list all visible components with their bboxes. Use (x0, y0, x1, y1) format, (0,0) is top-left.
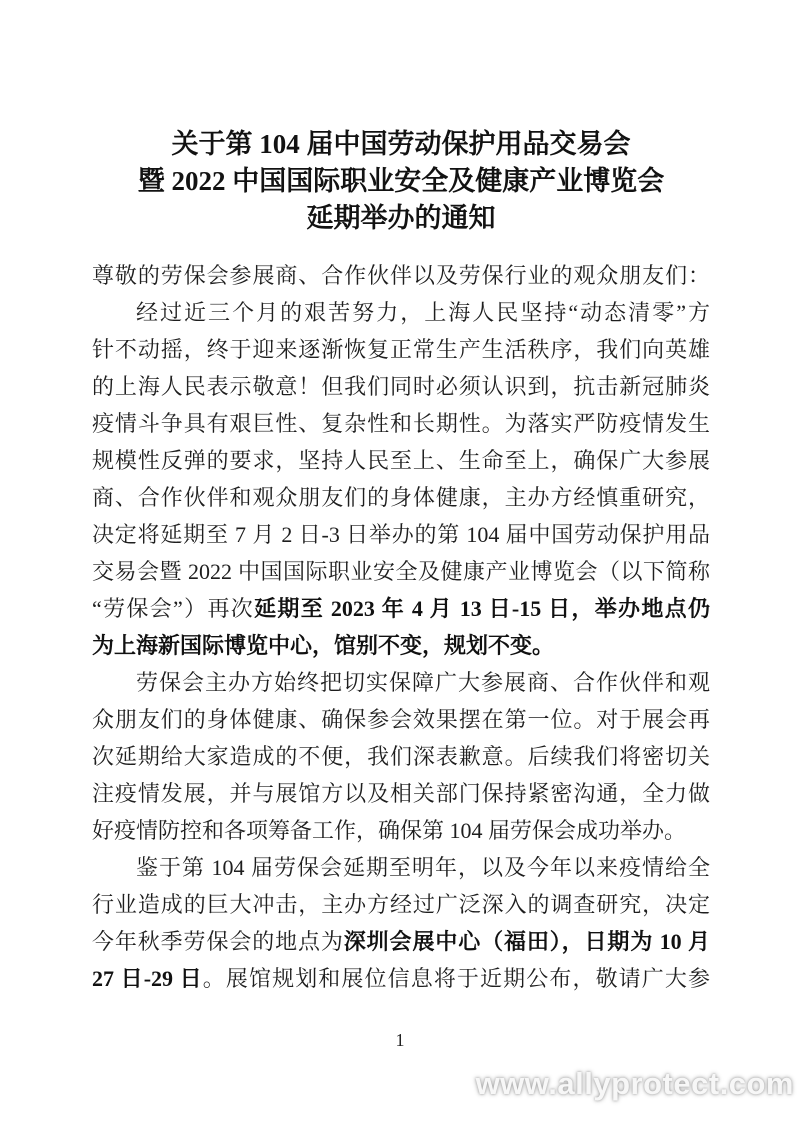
text-line: 的上海人民表示敬意！但我们同时必须认识到，抗击新冠肺炎 (92, 368, 710, 405)
text-line: 众朋友们的身体健康、确保参会效果摆在第一位。对于展会再 (92, 701, 710, 738)
text-line: 商、合作伙伴和观众朋友们的身体健康，主办方经慎重研究， (92, 479, 710, 516)
text-line: 经过近三个月的艰苦努力，上海人民坚持“动态清零”方 (92, 294, 710, 331)
text-segment: 众朋友们的身体健康、确保参会效果摆在第一位。对于展会再 (92, 707, 710, 732)
bold-text-segment: 深圳会展中心（福田），日期为 10 月 (344, 929, 710, 954)
text-segment: 交易会暨 2022 中国国际职业安全及健康产业博览会（以下简称 (92, 559, 710, 584)
text-line: 疫情斗争具有艰巨性、复杂性和长期性。为落实严防疫情发生 (92, 405, 710, 442)
text-segment: 的上海人民表示敬意！但我们同时必须认识到，抗击新冠肺炎 (92, 374, 710, 399)
text-line: 今年秋季劳保会的地点为深圳会展中心（福田），日期为 10 月 (92, 923, 710, 960)
text-segment: 商、合作伙伴和观众朋友们的身体健康，主办方经慎重研究， (92, 485, 710, 510)
bold-text-segment: 延期至 2023 年 4 月 13 日-15 日，举办地点仍 (254, 596, 710, 621)
text-line: 鉴于第 104 届劳保会延期至明年，以及今年以来疫情给全 (92, 849, 710, 886)
text-line: 注疫情发展，并与展馆方以及相关部门保持紧密沟通，全力做 (92, 775, 710, 812)
title-line-3: 延期举办的通知 (92, 200, 710, 237)
document-title: 关于第 104 届中国劳动保护用品交易会 暨 2022 中国国际职业安全及健康产… (92, 126, 710, 237)
text-segment: 次延期给大家造成的不便，我们深表歉意。后续我们将密切关 (92, 744, 710, 769)
text-segment: 规模性反弹的要求，坚持人民至上、生命至上，确保广大参展 (92, 448, 710, 473)
document-page: 关于第 104 届中国劳动保护用品交易会 暨 2022 中国国际职业安全及健康产… (0, 0, 800, 1131)
document-body: 尊敬的劳保会参展商、合作伙伴以及劳保行业的观众朋友们：经过近三个月的艰苦努力，上… (92, 257, 710, 997)
page-number: 1 (0, 1030, 800, 1051)
text-segment: 经过近三个月的艰苦努力，上海人民坚持“动态清零”方 (136, 300, 710, 325)
text-segment: 针不动摇，终于迎来逐渐恢复正常生产生活秩序，我们向英雄 (92, 337, 710, 362)
document-content: 关于第 104 届中国劳动保护用品交易会 暨 2022 中国国际职业安全及健康产… (0, 0, 800, 997)
text-line: 规模性反弹的要求，坚持人民至上、生命至上，确保广大参展 (92, 442, 710, 479)
text-segment: 劳保会主办方始终把切实保障广大参展商、合作伙伴和观 (136, 670, 710, 695)
bold-text-segment: 27 日-29 日 (92, 966, 203, 991)
text-segment: 鉴于第 104 届劳保会延期至明年，以及今年以来疫情给全 (136, 855, 710, 880)
text-line: 决定将延期至 7 月 2 日-3 日举办的第 104 届中国劳动保护用品 (92, 516, 710, 553)
text-segment: “劳保会”）再次 (92, 596, 254, 621)
title-line-2: 暨 2022 中国国际职业安全及健康产业博览会 (92, 163, 710, 200)
text-line: 为上海新国际博览中心，馆别不变，规划不变。 (92, 627, 710, 664)
text-segment: 尊敬的劳保会参展商、合作伙伴以及劳保行业的观众朋友们： (92, 263, 710, 288)
text-segment: 决定将延期至 7 月 2 日-3 日举办的第 104 届中国劳动保护用品 (92, 522, 710, 547)
text-line: “劳保会”）再次延期至 2023 年 4 月 13 日-15 日，举办地点仍 (92, 590, 710, 627)
text-line: 尊敬的劳保会参展商、合作伙伴以及劳保行业的观众朋友们： (92, 257, 710, 294)
text-line: 劳保会主办方始终把切实保障广大参展商、合作伙伴和观 (92, 664, 710, 701)
text-segment: 疫情斗争具有艰巨性、复杂性和长期性。为落实严防疫情发生 (92, 411, 710, 436)
title-line-1: 关于第 104 届中国劳动保护用品交易会 (92, 126, 710, 163)
text-segment: 今年秋季劳保会的地点为 (92, 929, 344, 954)
bold-text-segment: 为上海新国际博览中心，馆别不变，规划不变。 (92, 633, 554, 658)
text-line: 好疫情防控和各项筹备工作，确保第 104 届劳保会成功举办。 (92, 812, 710, 849)
text-segment: 注疫情发展，并与展馆方以及相关部门保持紧密沟通，全力做 (92, 781, 710, 806)
text-segment: 行业造成的巨大冲击，主办方经过广泛深入的调查研究，决定 (92, 892, 710, 917)
text-line: 行业造成的巨大冲击，主办方经过广泛深入的调查研究，决定 (92, 886, 710, 923)
text-segment: 好疫情防控和各项筹备工作，确保第 104 届劳保会成功举办。 (92, 818, 686, 843)
text-line: 针不动摇，终于迎来逐渐恢复正常生产生活秩序，我们向英雄 (92, 331, 710, 368)
text-line: 27 日-29 日。展馆规划和展位信息将于近期公布，敬请广大参 (92, 960, 710, 997)
text-line: 次延期给大家造成的不便，我们深表歉意。后续我们将密切关 (92, 738, 710, 775)
text-line: 交易会暨 2022 中国国际职业安全及健康产业博览会（以下简称 (92, 553, 710, 590)
text-segment: 。展馆规划和展位信息将于近期公布，敬请广大参 (203, 966, 710, 991)
watermark: www.allyprotect.com (476, 1066, 794, 1102)
